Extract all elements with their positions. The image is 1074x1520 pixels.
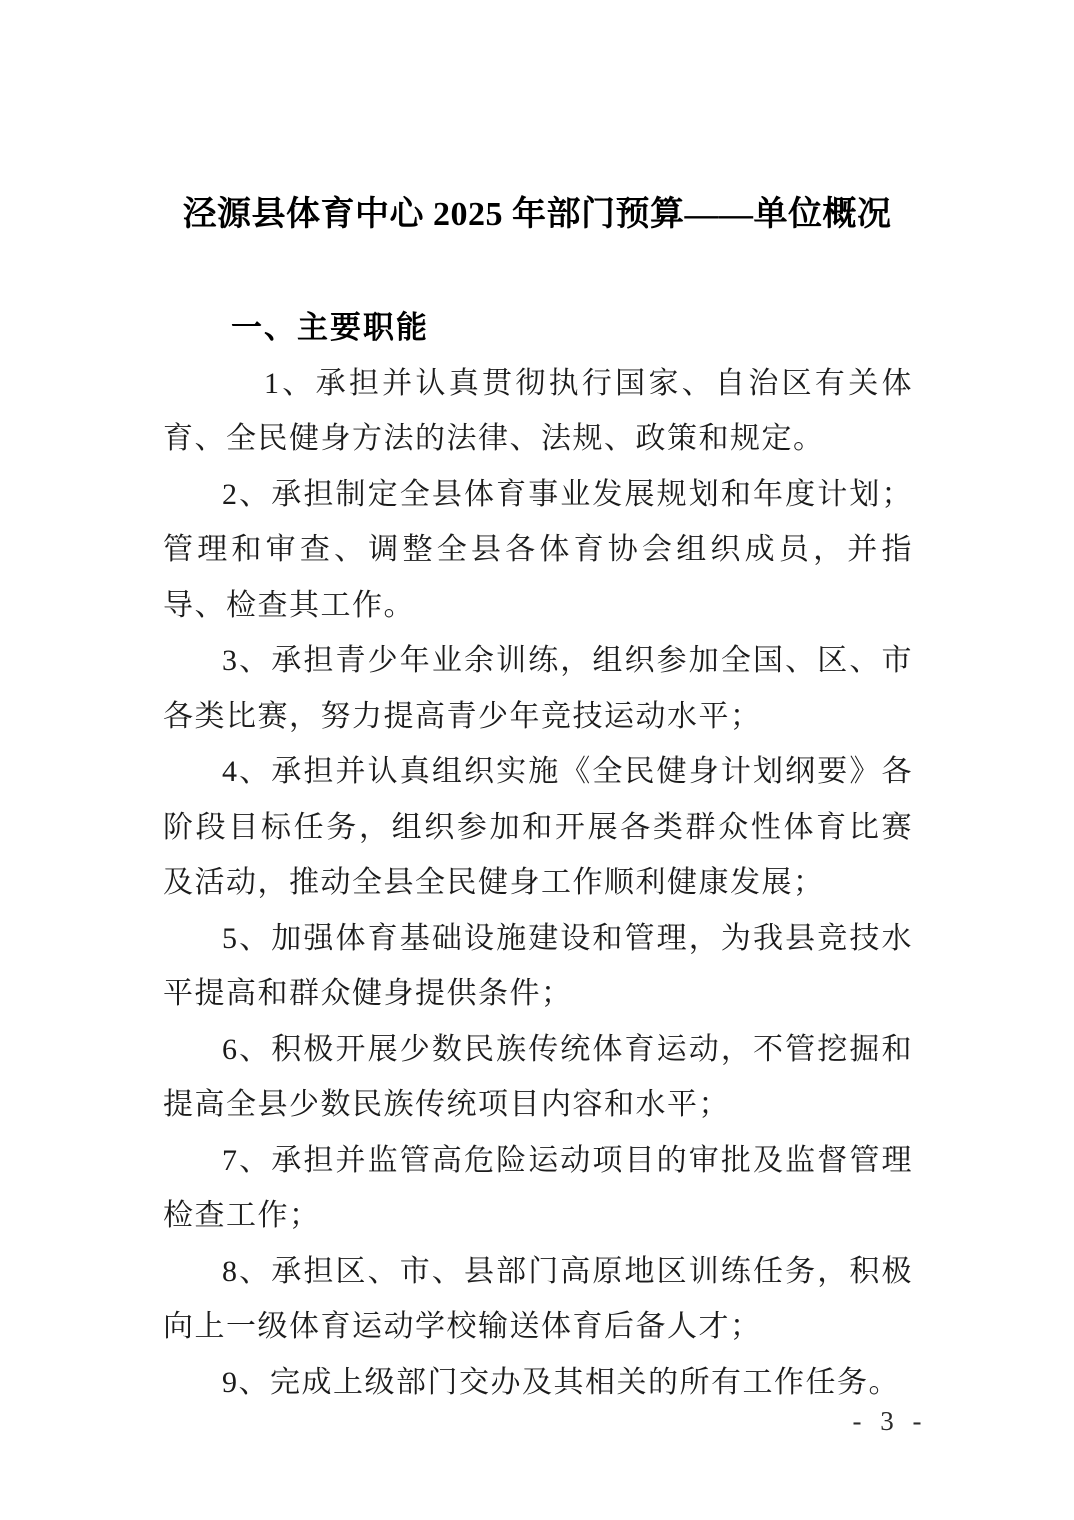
document-body: 一、主要职能 1、承担并认真贯彻执行国家、自治区有关体育、全民健身方法的法律、法…: [163, 300, 913, 1410]
paragraph-4: 4、承担并认真组织实施《全民健身计划纲要》各阶段目标任务，组织参加和开展各类群众…: [163, 744, 913, 911]
document-title: 泾源县体育中心 2025 年部门预算——单位概况: [0, 186, 1074, 235]
paragraph-8: 8、承担区、市、县部门高原地区训练任务，积极向上一级体育运动学校输送体育后备人才…: [163, 1244, 913, 1355]
paragraph-5: 5、加强体育基础设施建设和管理，为我县竞技水平提高和群众健身提供条件；: [163, 911, 913, 1022]
paragraph-6: 6、积极开展少数民族传统体育运动，不管挖掘和提高全县少数民族传统项目内容和水平；: [163, 1022, 913, 1133]
page-number: - 3 -: [820, 1406, 960, 1437]
paragraph-9: 9、完成上级部门交办及其相关的所有工作任务。: [163, 1355, 913, 1411]
paragraph-1: 1、承担并认真贯彻执行国家、自治区有关体育、全民健身方法的法律、法规、政策和规定…: [163, 356, 913, 467]
section-heading-main-functions: 一、主要职能: [163, 300, 913, 356]
paragraph-7: 7、承担并监管高危险运动项目的审批及监督管理检查工作；: [163, 1133, 913, 1244]
document-page: 泾源县体育中心 2025 年部门预算——单位概况 一、主要职能 1、承担并认真贯…: [0, 0, 1074, 1520]
paragraph-3: 3、承担青少年业余训练，组织参加全国、区、市各类比赛，努力提高青少年竞技运动水平…: [163, 633, 913, 744]
paragraph-2: 2、承担制定全县体育事业发展规划和年度计划；管理和审查、调整全县各体育协会组织成…: [163, 467, 913, 634]
